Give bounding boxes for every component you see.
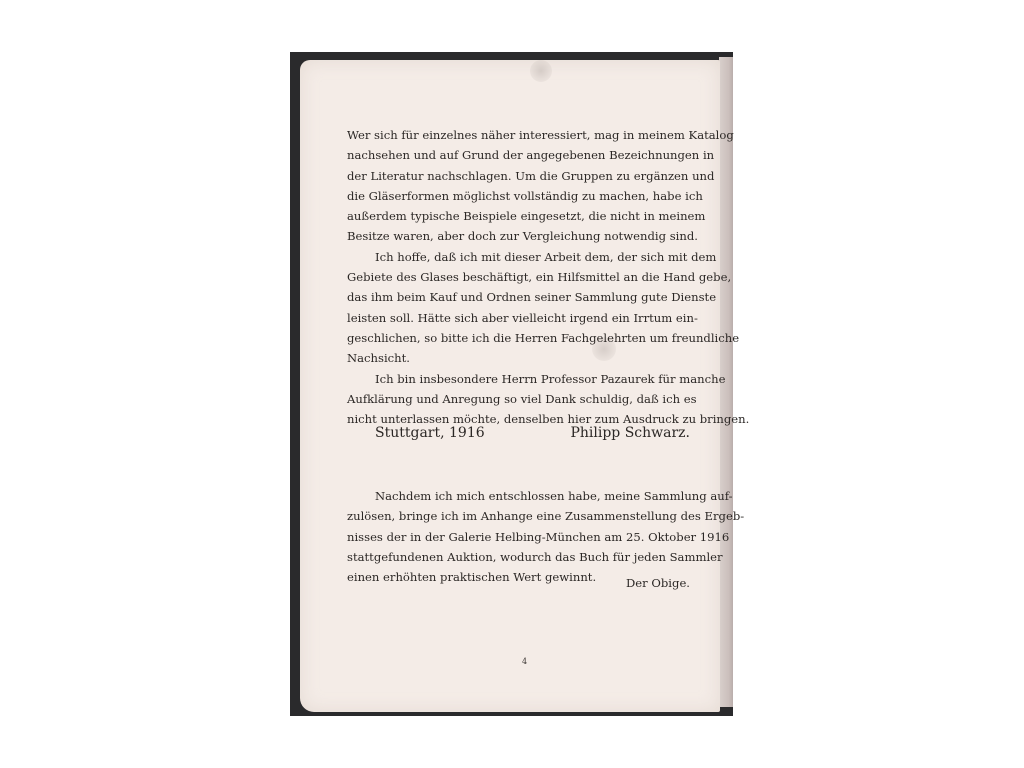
- text-line: Aufklärung und Anregung so viel Dank sch…: [347, 389, 689, 409]
- text-line: Ich bin insbesondere Herrn Professor Paz…: [347, 369, 689, 389]
- text-line: stattgefundenen Auktion, wodurch das Buc…: [347, 547, 689, 567]
- auction-note: Nachdem ich mich entschlossen habe, mein…: [347, 486, 689, 587]
- place-date: Stuttgart, 1916: [375, 425, 485, 441]
- document-page: Wer sich für einzelnes näher interessier…: [300, 60, 720, 712]
- text-line: nachsehen und auf Grund der angegebenen …: [347, 145, 689, 165]
- page-number: 4: [522, 657, 527, 666]
- text-line: Nachdem ich mich entschlossen habe, mein…: [347, 486, 689, 506]
- text-line: Gebiete des Glases beschäftigt, ein Hilf…: [347, 267, 689, 287]
- paper-smudge: [530, 60, 552, 82]
- text-line: außerdem typische Beispiele eingesetzt, …: [347, 206, 689, 226]
- text-line: leisten soll. Hätte sich aber vielleicht…: [347, 308, 689, 328]
- text-line: zulösen, bringe ich im Anhange eine Zusa…: [347, 506, 689, 526]
- text-line: das ihm beim Kauf und Ordnen seiner Samm…: [347, 287, 689, 307]
- text-line: Wer sich für einzelnes näher interessier…: [347, 125, 689, 145]
- body-text: Wer sich für einzelnes näher interessier…: [347, 125, 689, 429]
- text-line: der Literatur nachschlagen. Um die Grupp…: [347, 166, 689, 186]
- text-line: die Gläserformen möglichst vollständig z…: [347, 186, 689, 206]
- signature-line: Stuttgart, 1916 Philipp Schwarz.: [375, 425, 690, 441]
- text-line: Besitze waren, aber doch zur Vergleichun…: [347, 226, 689, 246]
- text-line: nisses der in der Galerie Helbing-Münche…: [347, 527, 689, 547]
- author-name: Philipp Schwarz.: [570, 425, 690, 441]
- text-line: Ich hoffe, daß ich mit dieser Arbeit dem…: [347, 247, 689, 267]
- text-line: Nachsicht.: [347, 348, 689, 368]
- closing-signoff: Der Obige.: [626, 576, 690, 590]
- text-line: geschlichen, so bitte ich die Herren Fac…: [347, 328, 689, 348]
